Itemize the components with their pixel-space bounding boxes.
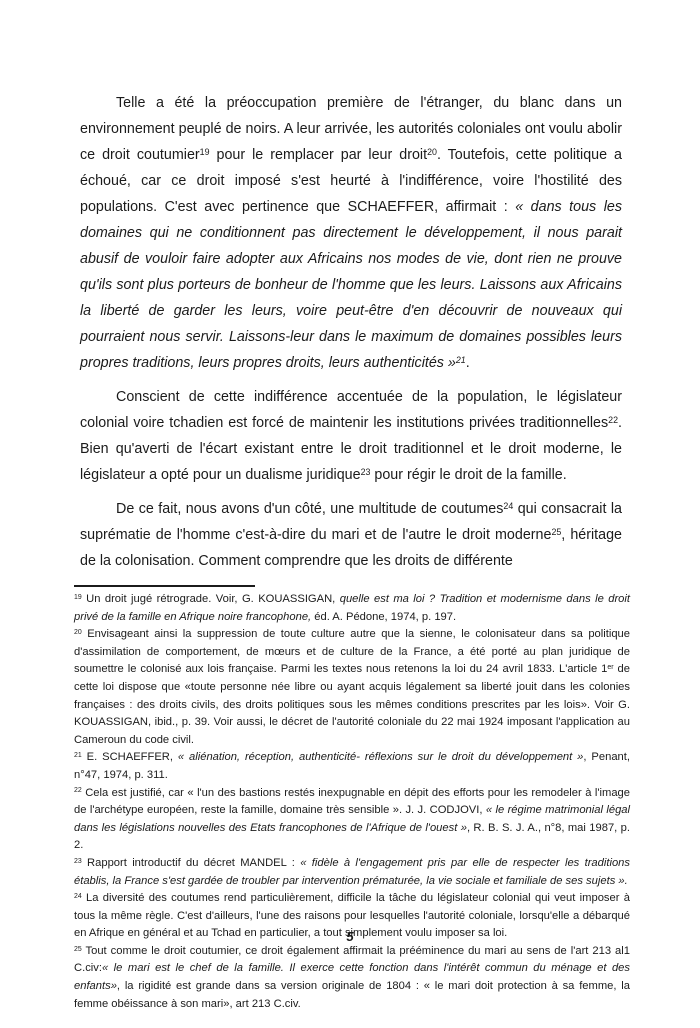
- text-run: De ce fait, nous avons d'un côté, une mu…: [116, 501, 503, 517]
- superscript-ref: er: [607, 664, 613, 671]
- superscript-ref: 24: [503, 501, 513, 511]
- text-run: de cette loi dispose que «toute personne…: [74, 663, 630, 745]
- superscript-ref: 21: [74, 752, 82, 759]
- superscript-ref: 20: [427, 147, 437, 157]
- superscript-ref: 23: [361, 467, 371, 477]
- superscript-ref: 24: [74, 893, 82, 900]
- text-run: pour le remplacer par leur droit: [210, 147, 428, 163]
- document-page: Telle a été la préoccupation première de…: [0, 0, 700, 1028]
- footnotes-section: 19 Un droit jugé rétrograde. Voir, G. KO…: [74, 591, 630, 1013]
- page-number: 5: [0, 929, 700, 944]
- footnote: 25 Tout comme le droit coutumier, ce dro…: [74, 943, 630, 1013]
- body-paragraph: De ce fait, nous avons d'un côté, une mu…: [80, 496, 622, 574]
- superscript-ref: 19: [74, 594, 82, 601]
- footnote: 23 Rapport introductif du décret MANDEL …: [74, 855, 630, 890]
- superscript-ref: 21: [456, 355, 466, 365]
- text-run: , la rigidité est grande dans sa version…: [74, 980, 630, 1010]
- superscript-ref: 20: [74, 629, 82, 636]
- superscript-ref: 25: [551, 527, 561, 537]
- text-run: Envisageant ainsi la suppression de tout…: [74, 628, 630, 675]
- text-run: Conscient de cette indifférence accentué…: [80, 389, 622, 431]
- footnote: 21 E. SCHAEFFER, « aliénation, réception…: [74, 749, 630, 784]
- text-run: E. SCHAEFFER,: [82, 751, 178, 763]
- body-paragraph: Conscient de cette indifférence accentué…: [80, 384, 622, 488]
- text-run: « dans tous les domaines qui ne conditio…: [80, 199, 622, 371]
- body-text: Telle a été la préoccupation première de…: [80, 90, 622, 582]
- text-run: Un droit jugé rétrograde. Voir, G. KOUAS…: [82, 593, 340, 605]
- text-run: « aliénation, réception, authenticité- r…: [178, 751, 584, 763]
- superscript-ref: 25: [74, 946, 82, 953]
- text-run: .: [466, 355, 470, 371]
- footnote-separator: [74, 585, 255, 587]
- superscript-ref: 23: [74, 858, 82, 865]
- body-paragraph: Telle a été la préoccupation première de…: [80, 90, 622, 376]
- footnote: 19 Un droit jugé rétrograde. Voir, G. KO…: [74, 591, 630, 626]
- footnote: 20 Envisageant ainsi la suppression de t…: [74, 626, 630, 749]
- superscript-ref: 19: [200, 147, 210, 157]
- superscript-ref: 22: [608, 415, 618, 425]
- superscript-ref: 22: [74, 787, 82, 794]
- text-run: éd. A. Pédone, 1974, p. 197.: [311, 611, 456, 623]
- text-run: pour régir le droit de la famille.: [370, 467, 566, 483]
- footnote: 22 Cela est justifié, car « l'un des bas…: [74, 785, 630, 855]
- text-run: Rapport introductif du décret MANDEL :: [82, 857, 301, 869]
